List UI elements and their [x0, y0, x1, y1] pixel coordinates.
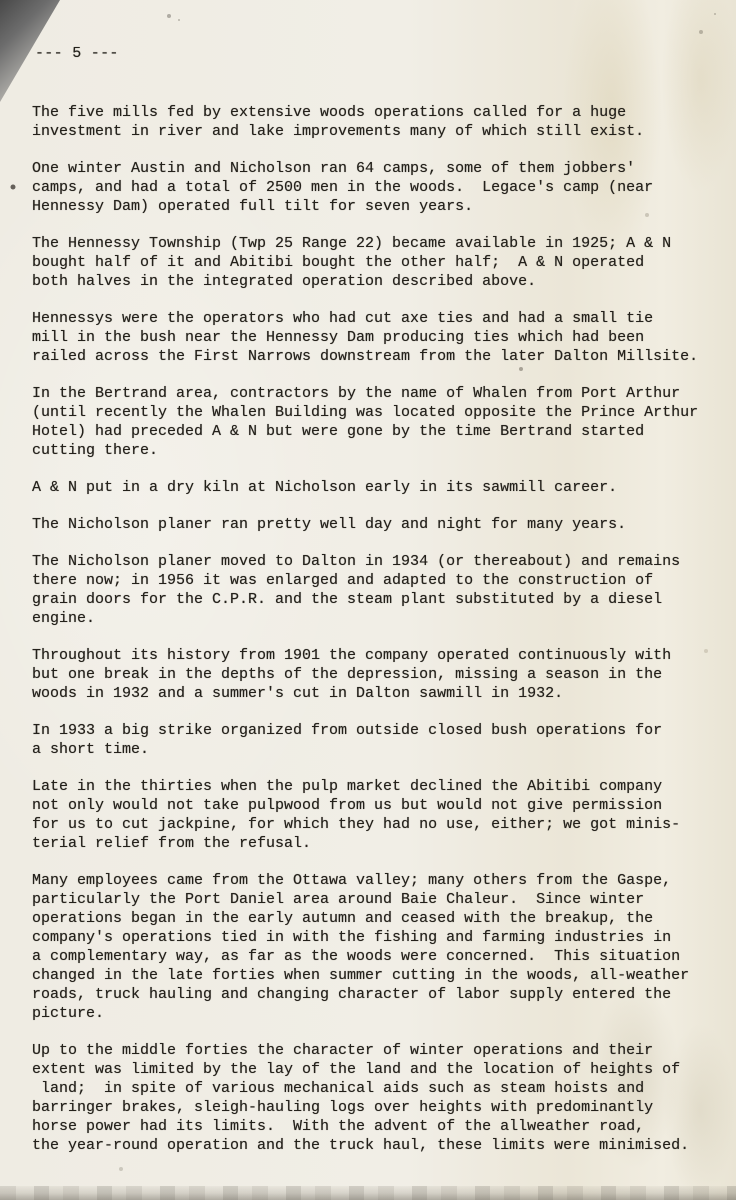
paragraph: Up to the middle forties the character o… — [32, 1041, 728, 1155]
paragraph: The Nicholson planer ran pretty well day… — [32, 515, 728, 534]
paragraph: In the Bertrand area, contractors by the… — [32, 384, 728, 460]
paragraph: A & N put in a dry kiln at Nicholson ear… — [32, 478, 728, 497]
paragraph: Hennessys were the operators who had cut… — [32, 309, 728, 366]
paragraph: In 1933 a big strike organized from outs… — [32, 721, 728, 759]
paragraph: Late in the thirties when the pulp marke… — [32, 777, 728, 853]
paragraph: The Hennessy Township (Twp 25 Range 22) … — [32, 234, 728, 291]
paragraph: Many employees came from the Ottawa vall… — [32, 871, 728, 1023]
scan-bottom-edge — [0, 1186, 736, 1200]
page-number: --- 5 --- — [35, 45, 119, 62]
paragraph: One winter Austin and Nicholson ran 64 c… — [32, 159, 728, 216]
paragraph: The Nicholson planer moved to Dalton in … — [32, 552, 728, 628]
paragraph: The five mills fed by extensive woods op… — [32, 103, 728, 141]
document-body: The five mills fed by extensive woods op… — [32, 103, 728, 1173]
scanned-document-page: --- 5 --- The five mills fed by extensiv… — [0, 0, 736, 1200]
paragraph: Throughout its history from 1901 the com… — [32, 646, 728, 703]
ink-speck — [0, 0, 2, 2]
